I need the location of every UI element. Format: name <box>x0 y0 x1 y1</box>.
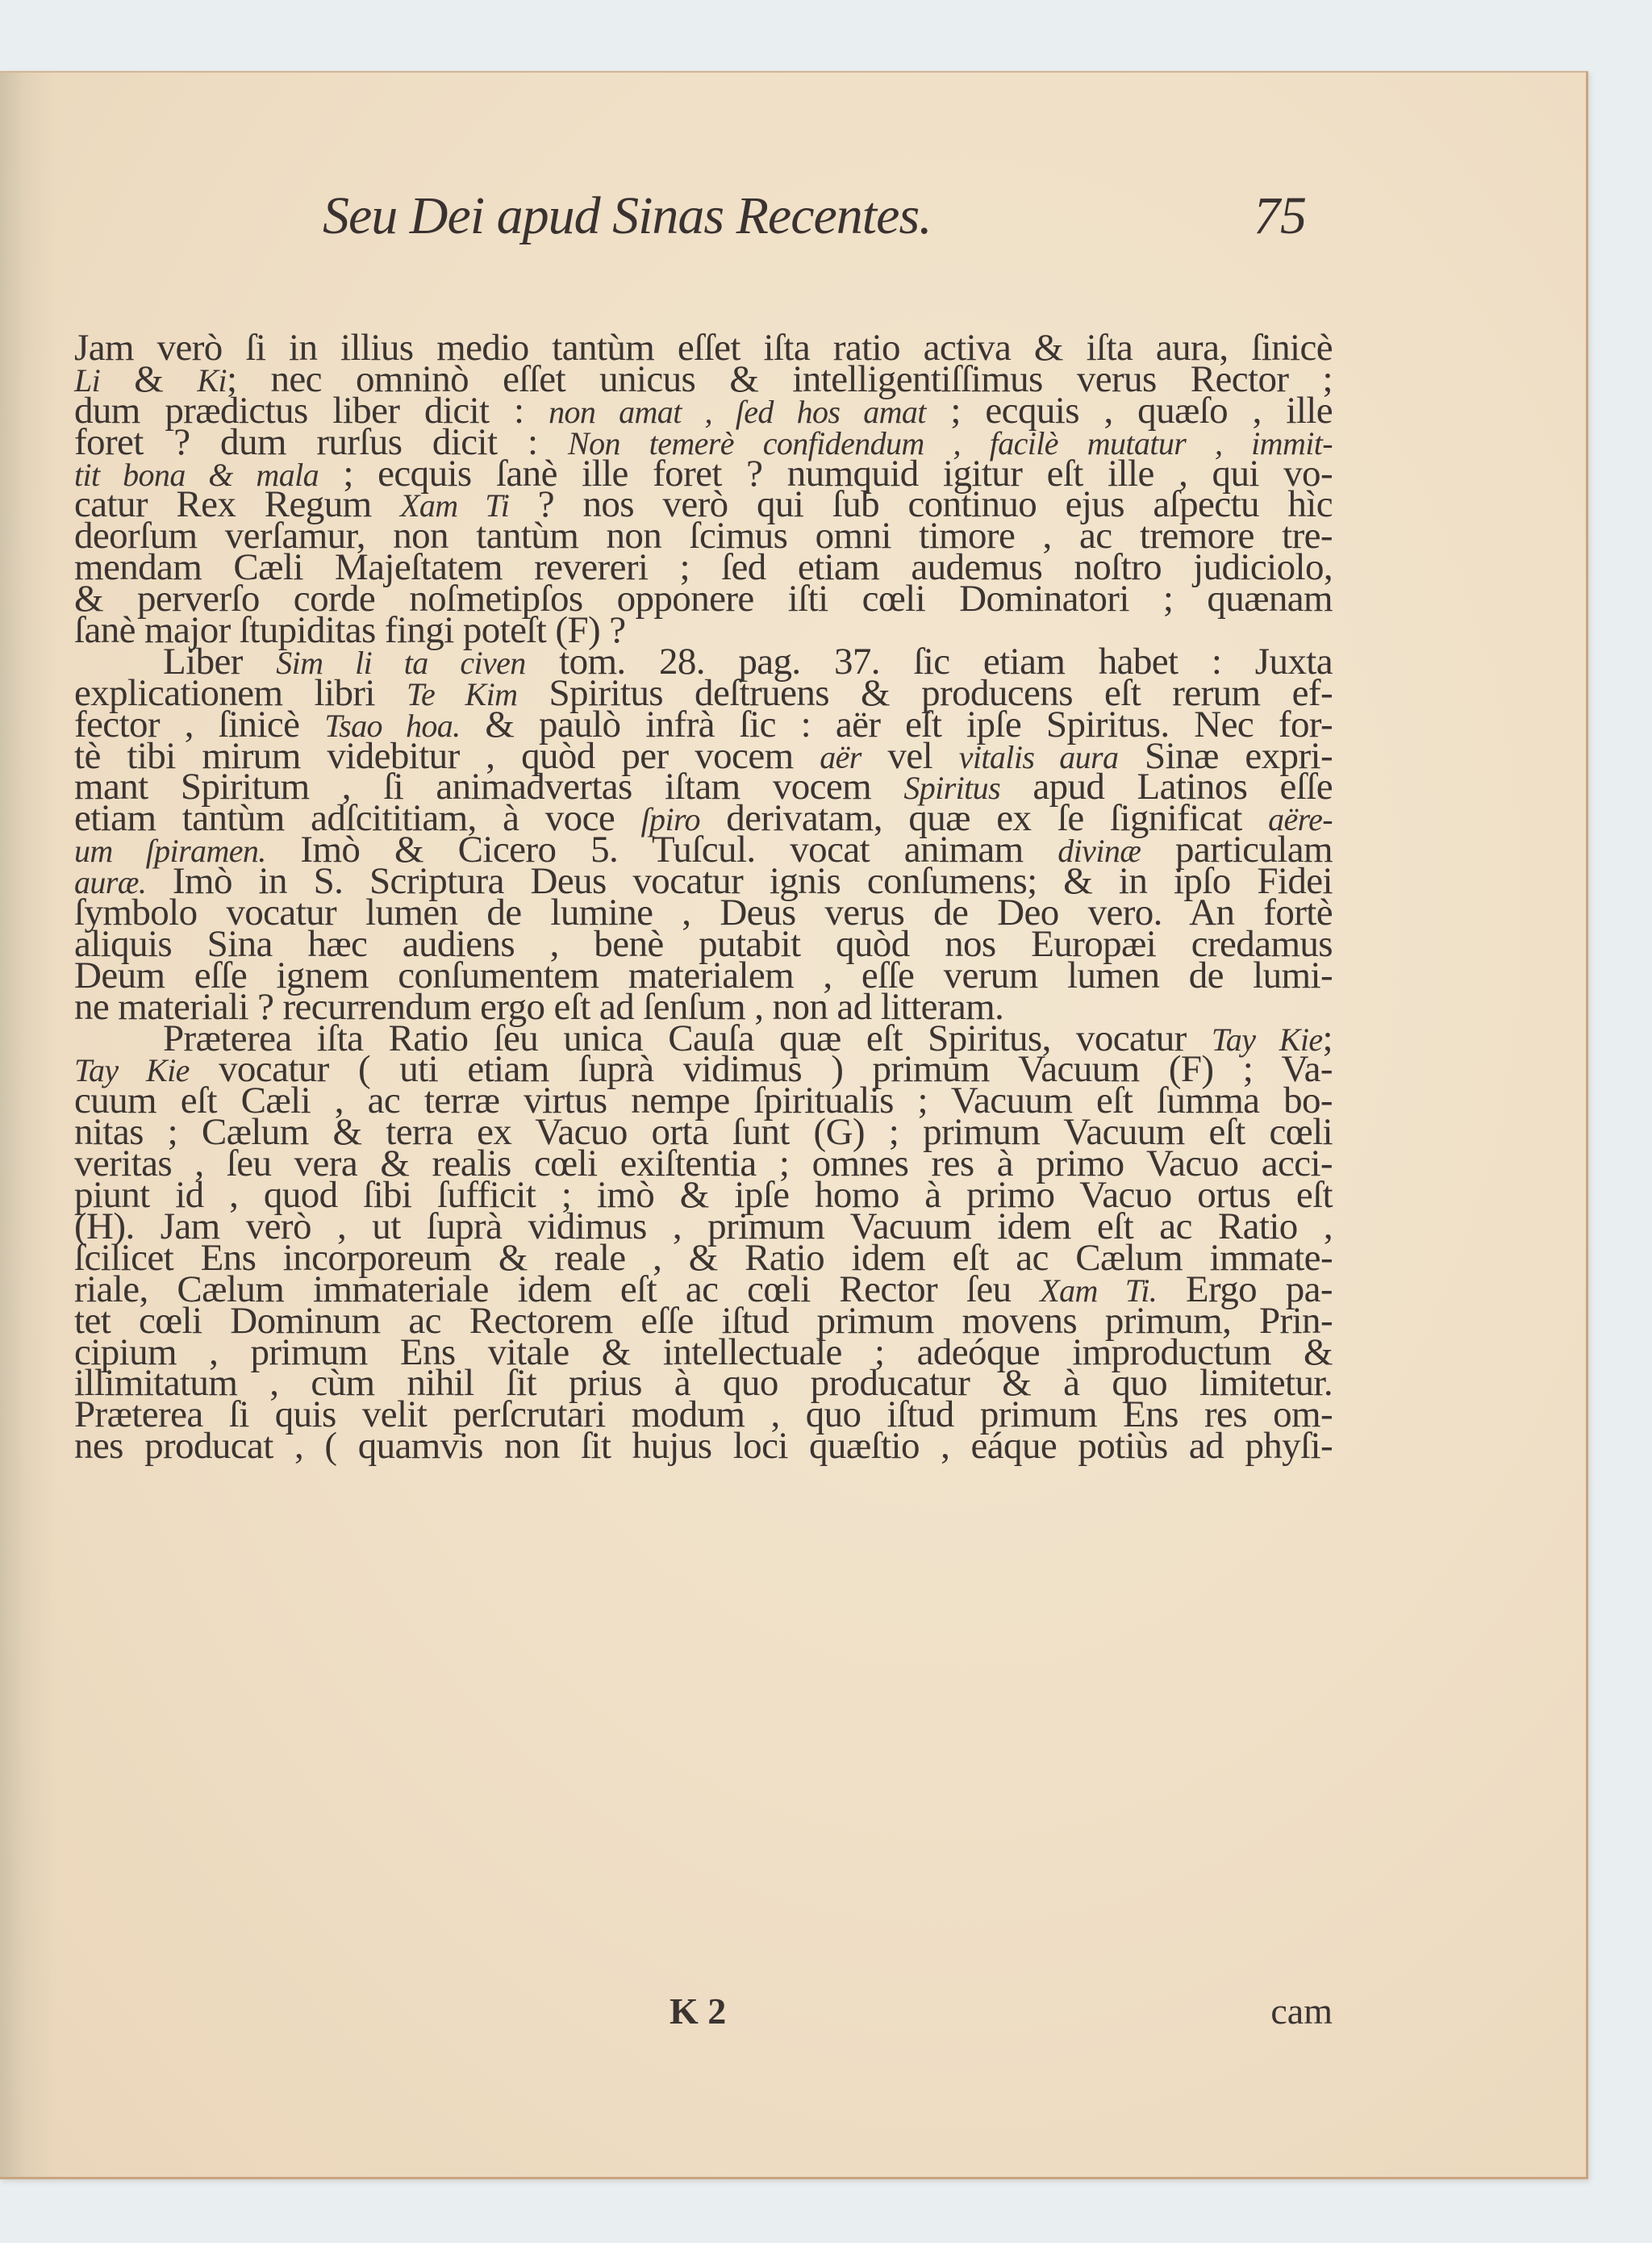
catchword: cam <box>1270 1990 1333 2032</box>
running-title: Seu Dei apud Sinas Recentes. <box>323 186 932 247</box>
text-run: nes producat , ( quamvis non ſit hujus l… <box>74 1425 1333 1467</box>
body-text: Jam verò ſi in illius medio tantùm eſſet… <box>74 332 1333 1462</box>
book-page: Seu Dei apud Sinas Recentes. 75 Jam verò… <box>0 71 1588 2179</box>
signature-mark: K 2 <box>670 1990 726 2032</box>
page-footer: K 2 cam <box>74 1990 1333 2030</box>
page-number: 75 <box>1254 186 1307 247</box>
running-head: Seu Dei apud Sinas Recentes. 75 <box>323 186 1307 250</box>
text-line: nes producat , ( quamvis non ſit hujus l… <box>74 1431 1333 1462</box>
